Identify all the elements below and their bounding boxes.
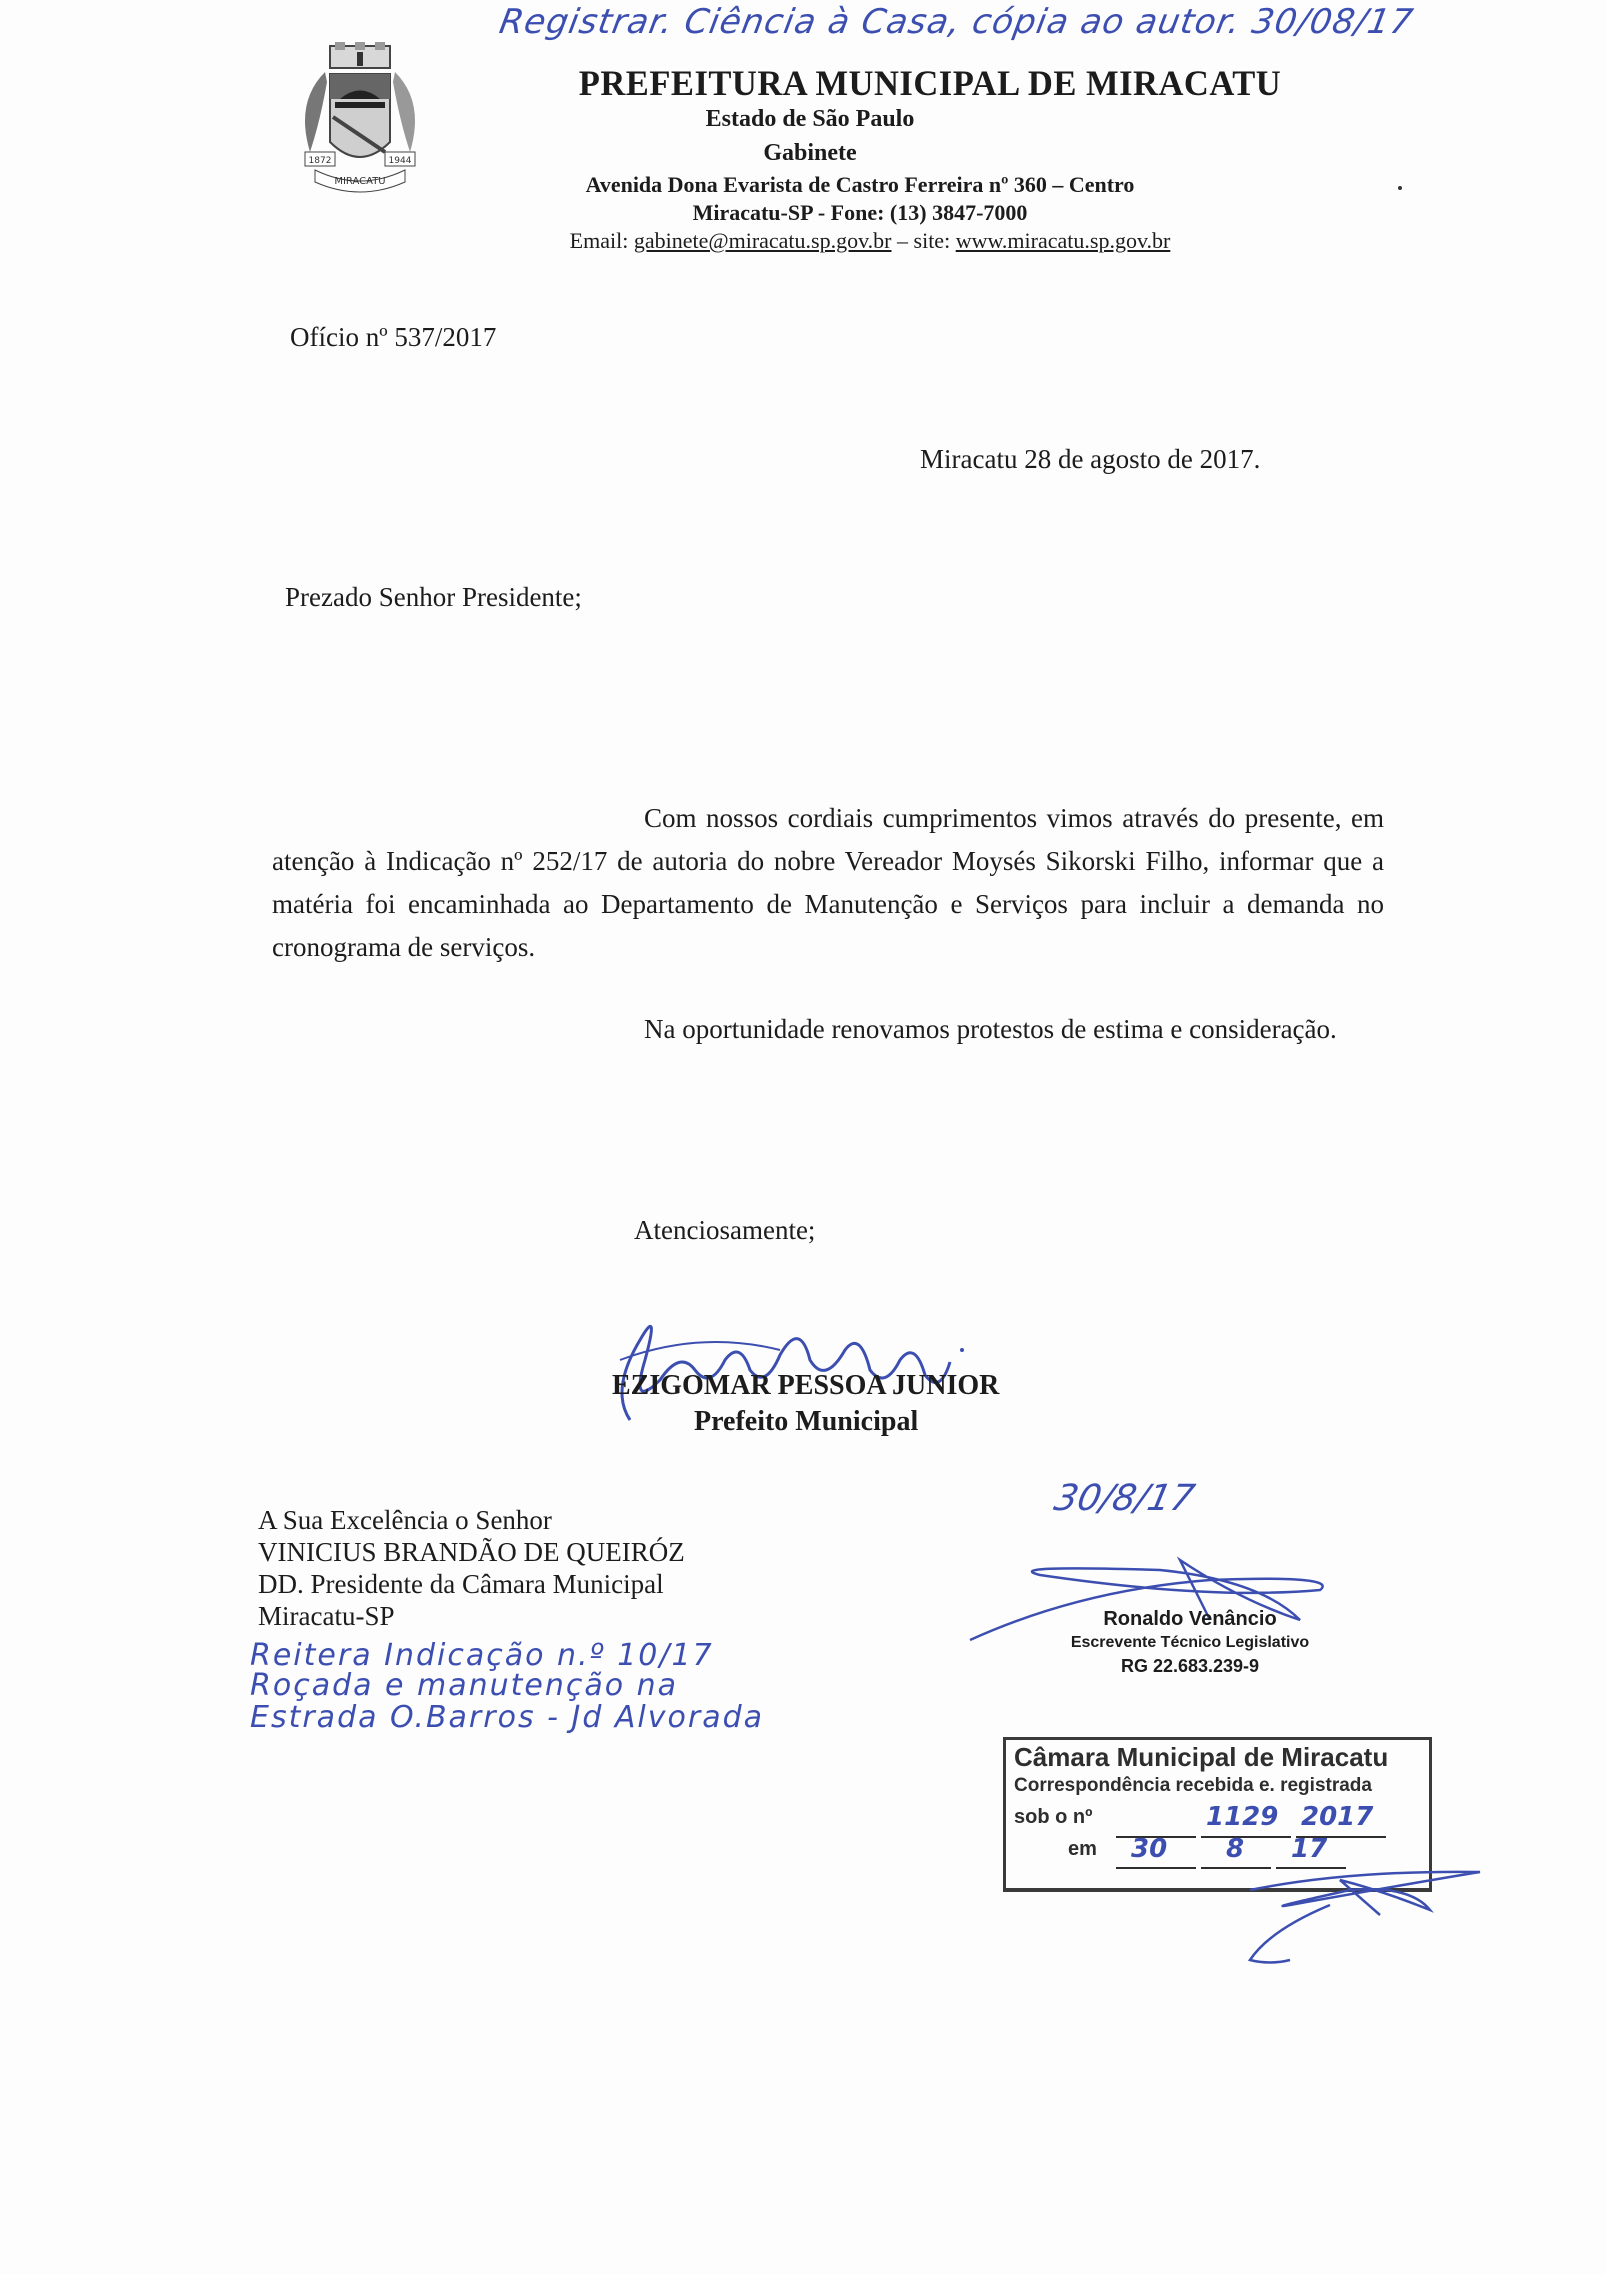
handwritten-dispatch-note: Registrar. Ciência à Casa, cópia ao auto… (496, 2, 1416, 42)
body-paragraph: Com nossos cordiais cumprimentos vimos a… (272, 797, 1384, 969)
letterhead-title: PREFEITURA MUNICIPAL DE MIRACATU (488, 62, 1371, 104)
svg-text:MIRACATU: MIRACATU (334, 176, 385, 187)
site-link[interactable]: www.miracatu.sp.gov.br (956, 228, 1171, 253)
clerk-role: Escrevente Técnico Legislativo (1060, 1634, 1320, 1652)
signatory-name: EZIGOMAR PESSOA JUNIOR (612, 1370, 999, 1402)
letterhead-office: Gabinete (600, 140, 1020, 167)
letterhead-state: Estado de São Paulo (600, 106, 1020, 133)
place-date: Miracatu 28 de agosto de 2017. (920, 444, 1260, 475)
letterhead-contact: Email: gabinete@miracatu.sp.gov.br – sit… (480, 228, 1260, 254)
stamp-date-day: 30 (1131, 1834, 1167, 1864)
signatory-role: Prefeito Municipal (694, 1406, 918, 1438)
addressee-line: A Sua Excelência o Senhor (258, 1505, 552, 1536)
clerk-rg: RG 22.683.239-9 (1060, 1656, 1320, 1677)
municipal-coat-of-arms-icon: 1872 1944 MIRACATU (285, 42, 435, 202)
stamp-date-label: em (1068, 1838, 1097, 1861)
email-label: Email: (570, 228, 634, 253)
clerk-name: Ronaldo Venâncio (1060, 1608, 1320, 1631)
stamp-number-label: sob o nº (1014, 1806, 1092, 1829)
scan-speck (1398, 186, 1402, 190)
addressee-line: VINICIUS BRANDÃO DE QUEIRÓZ (258, 1537, 685, 1568)
addressee-line: Miracatu-SP (258, 1601, 394, 1632)
stamp-number-value: 1129 (1206, 1802, 1278, 1832)
scanned-letter-page: Registrar. Ciência à Casa, cópia ao auto… (0, 0, 1606, 2275)
svg-text:1872: 1872 (309, 156, 332, 166)
email-link[interactable]: gabinete@miracatu.sp.gov.br (634, 228, 892, 253)
handwritten-received-date: 30/8/17 (1051, 1478, 1198, 1519)
handwritten-subject-note: Estrada O.Barros - Jd Alvorada (250, 1700, 764, 1735)
stamp-subtitle: Correspondência recebida e. registrada (1014, 1775, 1372, 1797)
stamp-initials-icon (1230, 1860, 1490, 1970)
svg-text:1944: 1944 (389, 156, 412, 166)
site-label: – site: (892, 228, 956, 253)
stamp-number-year: 2017 (1301, 1802, 1373, 1832)
stamp-title: Câmara Municipal de Miracatu (1014, 1742, 1388, 1773)
salutation: Prezado Senhor Presidente; (285, 582, 582, 613)
handwritten-subject-note: Roçada e manutenção na (250, 1668, 678, 1703)
closing: Atenciosamente; (634, 1215, 815, 1246)
letterhead-address: Avenida Dona Evarista de Castro Ferreira… (500, 172, 1220, 198)
addressee-line: DD. Presidente da Câmara Municipal (258, 1569, 664, 1600)
letterhead-phone: Miracatu-SP - Fone: (13) 3847-7000 (560, 200, 1160, 226)
body-paragraph: Na oportunidade renovamos protestos de e… (272, 1008, 1384, 1051)
document-reference: Ofício nº 537/2017 (290, 322, 496, 353)
